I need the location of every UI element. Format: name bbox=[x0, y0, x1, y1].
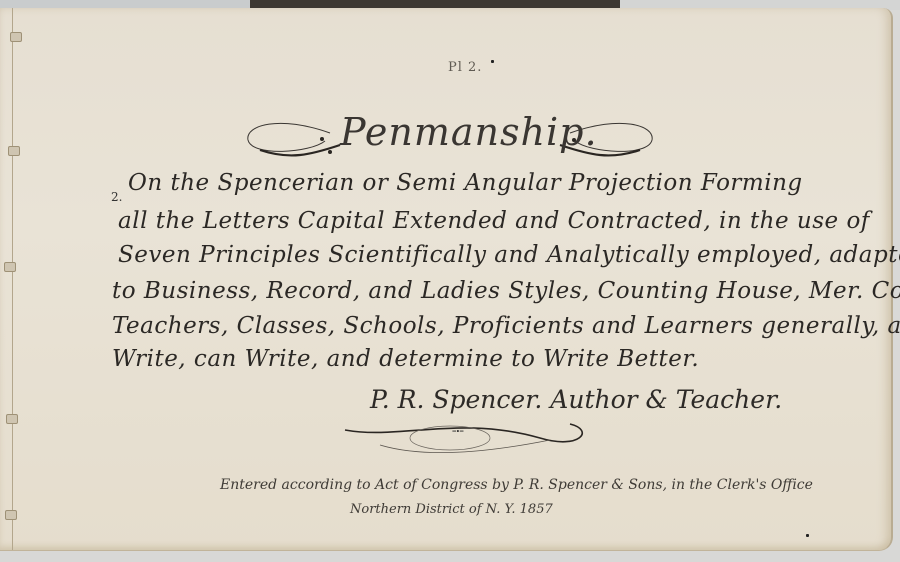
background-bottom bbox=[0, 550, 900, 562]
copyright-line: Entered according to Act of Congress by … bbox=[220, 477, 813, 493]
body-line: to Business, Record, and Ladies Styles, … bbox=[112, 278, 900, 304]
document-title: Penmanship. bbox=[340, 110, 598, 154]
binding-stitch bbox=[10, 32, 22, 42]
body-line: all the Letters Capital Extended and Con… bbox=[118, 208, 870, 234]
body-line: Seven Principles Scientifically and Anal… bbox=[118, 242, 900, 268]
body-line: On the Spencerian or Semi Angular Projec… bbox=[128, 170, 803, 196]
ink-speck bbox=[491, 60, 494, 63]
plate-number: Pl 2. bbox=[448, 60, 482, 75]
binding-thread bbox=[12, 8, 17, 550]
copyright-line: Northern District of N. Y. 1857 bbox=[350, 502, 553, 517]
signature-flourish-icon: =•= bbox=[340, 410, 600, 460]
body-line: Teachers, Classes, Schools, Proficients … bbox=[112, 313, 900, 339]
paragraph-number: 2. bbox=[111, 190, 122, 204]
binding-stitch bbox=[5, 510, 17, 520]
binding-stitch bbox=[6, 414, 18, 424]
ink-speck bbox=[806, 534, 809, 537]
svg-text:=•=: =•= bbox=[452, 427, 464, 436]
background-top-left bbox=[0, 0, 250, 8]
body-line: Write, can Write, and determine to Write… bbox=[112, 346, 699, 372]
binding-stitch bbox=[4, 262, 16, 272]
binding-stitch bbox=[8, 146, 20, 156]
